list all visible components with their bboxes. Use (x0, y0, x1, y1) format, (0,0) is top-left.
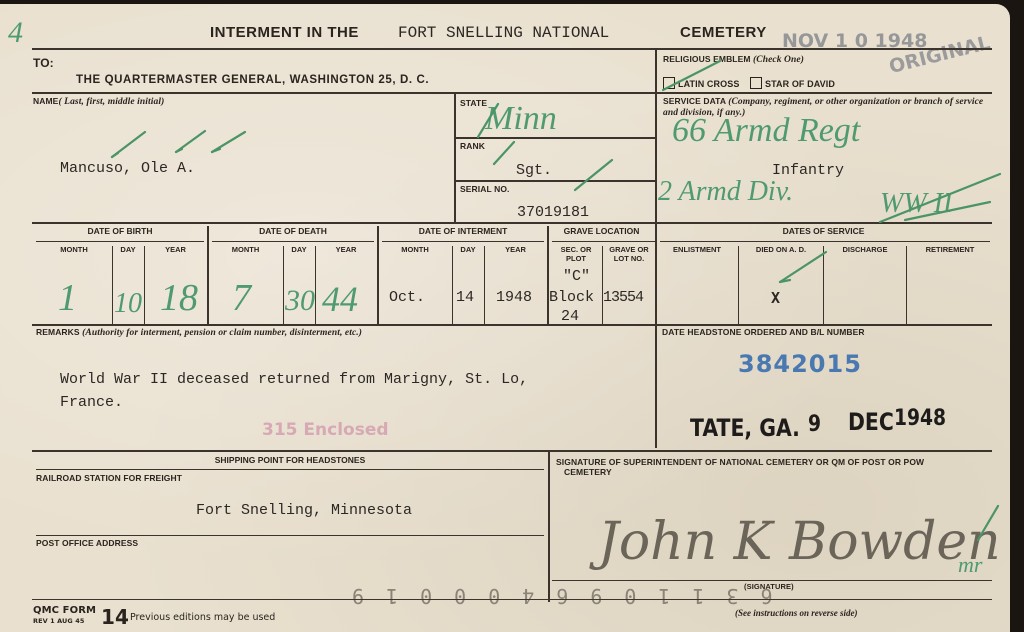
interment-card: 4 INTERMENT IN THE FORT SNELLING NATIONA… (0, 4, 1010, 632)
signature-line (552, 580, 992, 581)
state-value: Minn (485, 100, 557, 138)
birth-month-header: MONTH (36, 245, 112, 254)
interment-day-header: DAY (452, 245, 484, 254)
died-on-ad-header: DIED ON A. D. (739, 245, 823, 254)
divider (36, 241, 204, 242)
religious-emblem-title: RELIGIOUS EMBLEM (663, 54, 751, 64)
divider (212, 241, 374, 242)
service-handwritten-division: 2 Armd Div. (658, 176, 793, 208)
divider (32, 222, 992, 224)
divider (315, 246, 316, 324)
railroad-value: Fort Snelling, Minnesota (196, 502, 412, 519)
service-handwritten-war: WW II (880, 188, 952, 220)
rank-value: Sgt. (516, 162, 552, 179)
signature-label-line2: CEMETERY (564, 467, 612, 477)
serial-strip: 6311096400019 (330, 584, 773, 608)
divider (112, 246, 113, 324)
divider (548, 450, 550, 602)
divider (823, 246, 824, 324)
divider (452, 246, 453, 324)
divider (36, 535, 544, 536)
divider (655, 92, 992, 94)
remarks-line2: France. (60, 394, 123, 411)
name-label: NAME( Last, first, middle initial) (33, 96, 164, 107)
grave-lot-value: 13554 (603, 289, 643, 306)
remarks-label: REMARKS (Authority for interment, pensio… (36, 327, 362, 338)
divider (32, 599, 992, 600)
birth-day-header: DAY (112, 245, 144, 254)
enlistment-header: ENLISTMENT (656, 245, 738, 254)
divider (454, 137, 655, 139)
religious-emblem-label: RELIGIOUS EMBLEM (Check One) (663, 54, 804, 65)
name-hint: ( Last, first, middle initial) (58, 97, 164, 107)
divider (738, 246, 739, 324)
interment-month-header: MONTH (378, 245, 452, 254)
remarks-label-text: REMARKS (36, 327, 80, 337)
to-addressee: THE QUARTERMASTER GENERAL, WASHINGTON 25… (76, 74, 429, 86)
interment-year-value: 1948 (496, 289, 532, 306)
headstone-label: DATE HEADSTONE ORDERED AND B/L NUMBER (662, 327, 865, 337)
divider (547, 226, 549, 324)
birth-day-value: 10 (114, 288, 142, 320)
interment-month-value: Oct. (389, 289, 425, 306)
discharge-header: DISCHARGE (824, 245, 906, 254)
religious-emblem-hint: (Check One) (753, 55, 804, 65)
headstone-month-stamp: DEC (848, 408, 894, 436)
date-of-death-header: DATE OF DEATH (208, 226, 378, 236)
death-month-value: 7 (232, 276, 251, 320)
divider (283, 246, 284, 324)
date-of-interment-header: DATE OF INTERMENT (378, 226, 548, 236)
sec-plot-header: SEC. OR PLOT (550, 245, 602, 263)
divider (36, 469, 544, 470)
remarks-line1: World War II deceased returned from Mari… (60, 371, 528, 388)
cemetery-name: FORT SNELLING NATIONAL (398, 24, 609, 42)
serial-label: SERIAL NO. (460, 184, 510, 194)
interment-year-header: YEAR (484, 245, 547, 254)
instructions-note: (See instructions on reverse side) (735, 608, 858, 618)
grave-location-header: GRAVE LOCATION (548, 226, 655, 236)
grave-lot-header: GRAVE OR LOT NO. (603, 245, 655, 263)
form-code-bottom: REV 1 AUG 45 (33, 617, 84, 625)
headstone-place-stamp: TATE, GA. (690, 414, 800, 442)
signature-label: SIGNATURE OF SUPERINTENDENT OF NATIONAL … (556, 457, 924, 467)
title-prefix: INTERMENT IN THE (210, 24, 359, 41)
divider (144, 246, 145, 324)
divider (484, 246, 485, 324)
latin-cross-checkbox[interactable] (663, 77, 675, 89)
birth-year-value: 18 (160, 276, 198, 320)
died-on-ad-value: X (771, 289, 780, 307)
date-of-birth-header: DATE OF BIRTH (32, 226, 208, 236)
divider (32, 48, 992, 50)
headstone-year-stamp: 1948 (894, 406, 946, 431)
latin-cross-option[interactable]: LATIN CROSS (663, 77, 739, 89)
dates-of-service-header: DATES OF SERVICE (655, 226, 992, 236)
enclosed-stamp: 315 Enclosed (262, 420, 389, 440)
divider (32, 324, 992, 326)
railroad-label: RAILROAD STATION FOR FREIGHT (36, 473, 182, 483)
divider (454, 180, 655, 182)
star-of-david-label: STAR OF DAVID (765, 79, 835, 89)
star-of-david-option[interactable]: STAR OF DAVID (750, 77, 835, 89)
sec-block-number: 24 (561, 308, 579, 325)
latin-cross-label: LATIN CROSS (678, 79, 739, 89)
divider (906, 246, 907, 324)
to-label: TO: (33, 56, 54, 70)
divider (377, 226, 379, 324)
rank-label: RANK (460, 141, 485, 151)
death-day-header: DAY (283, 245, 315, 254)
form-code-top: QMC FORM (33, 605, 96, 616)
form-number: 14 (101, 605, 129, 629)
bl-number-stamp: 3842015 (738, 350, 862, 378)
death-year-header: YEAR (315, 245, 377, 254)
interment-day-value: 14 (456, 289, 474, 306)
remarks-hint: (Authority for interment, pension or cla… (82, 328, 362, 338)
signature-initials: mr (958, 552, 982, 578)
star-of-david-checkbox[interactable] (750, 77, 762, 89)
birth-year-header: YEAR (144, 245, 207, 254)
divider (660, 241, 990, 242)
retirement-header: RETIREMENT (907, 245, 993, 254)
divider (207, 226, 209, 324)
divider (454, 92, 456, 222)
birth-month-value: 1 (58, 276, 77, 320)
death-year-value: 44 (322, 278, 358, 320)
state-label: STATE (460, 98, 487, 108)
service-handwritten-regiment: 66 Armd Regt (672, 112, 860, 150)
name-value: Mancuso, Ole A. (60, 160, 195, 177)
death-month-header: MONTH (208, 245, 283, 254)
sec-block-label: Block (549, 289, 594, 306)
name-label-text: NAME (33, 96, 58, 106)
editions-note: Previous editions may be used (130, 612, 275, 623)
service-data-title: SERVICE DATA (663, 96, 726, 106)
shipping-header: SHIPPING POINT FOR HEADSTONES (32, 455, 548, 465)
divider (32, 450, 992, 452)
divider (382, 241, 544, 242)
post-office-label: POST OFFICE ADDRESS (36, 538, 138, 548)
margin-mark: 4 (8, 16, 23, 50)
headstone-day-stamp: 9 (808, 412, 821, 437)
serial-value: 37019181 (517, 204, 589, 221)
superintendent-signature: John K Bowden (598, 512, 1001, 572)
title-suffix: CEMETERY (680, 24, 767, 41)
divider (552, 241, 655, 242)
divider (32, 92, 655, 94)
sec-plot-value: "C" (563, 268, 590, 285)
death-day-value: 30 (285, 284, 315, 318)
